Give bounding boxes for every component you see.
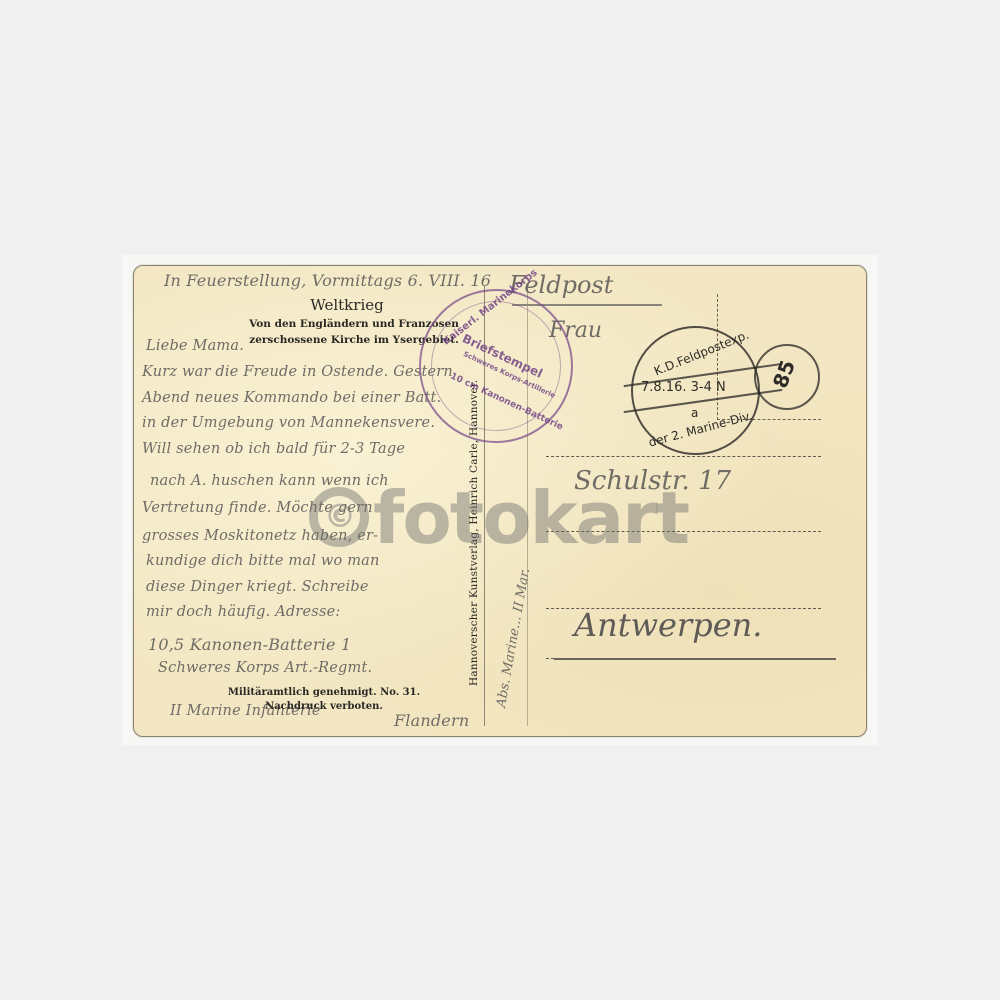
unit-postmark: Kaiserl. Marinekorps Briefstempel Schwer… [419,289,573,443]
postcard: In Feuerstellung, Vormittags 6. VIII. 16… [133,265,867,737]
copyright-icon: © [309,487,369,547]
message-line: Will sehen ob ich bald für 2-3 Tage [142,441,405,457]
printed-title: Weltkrieg [237,296,457,314]
message-line: 10,5 Kanonen-Batterie 1 [148,635,351,654]
message-line: in der Umgebung von Mannekensvere. [142,415,435,431]
message-line: mir doch häufig. Adresse: [146,604,340,620]
message-line: Schweres Korps Art.-Regmt. [158,660,372,676]
watermark-text: fotokart [373,476,688,560]
message-header: In Feuerstellung, Vormittags 6. VIII. 16 [164,271,491,290]
censor-number: 85 [768,357,800,391]
censor-mark: 85 [754,344,820,410]
feldpost-letter: a [691,406,698,420]
fotokart-watermark: ©fotokart [309,476,688,560]
message-line: Kurz war die Freude in Ostende. Gestern [142,364,453,380]
printed-approval: Militäramtlich genehmigt. No. 31. Nachdr… [204,686,444,714]
message-line: Abend neues Kommando bei einer Batt. [142,390,441,406]
message-line: diese Dinger kriegt. Schreibe [146,579,369,595]
approval-line: Militäramtlich genehmigt. No. 31. [204,686,444,700]
address-line [546,456,821,457]
address-city: Antwerpen. [574,606,762,644]
feldpost-date: 7.8.16. 3-4 N [641,380,726,395]
feldpost-bottom-text: der 2. Marine-Div. [647,408,754,449]
message-line: Liebe Mama. [146,338,244,354]
reprint-notice: Nachdruck verboten. [204,700,444,714]
feldpost-postmark: K.D.Feldpostexp. 7.8.16. 3-4 N a der 2. … [631,326,760,455]
address-underline [554,658,836,660]
